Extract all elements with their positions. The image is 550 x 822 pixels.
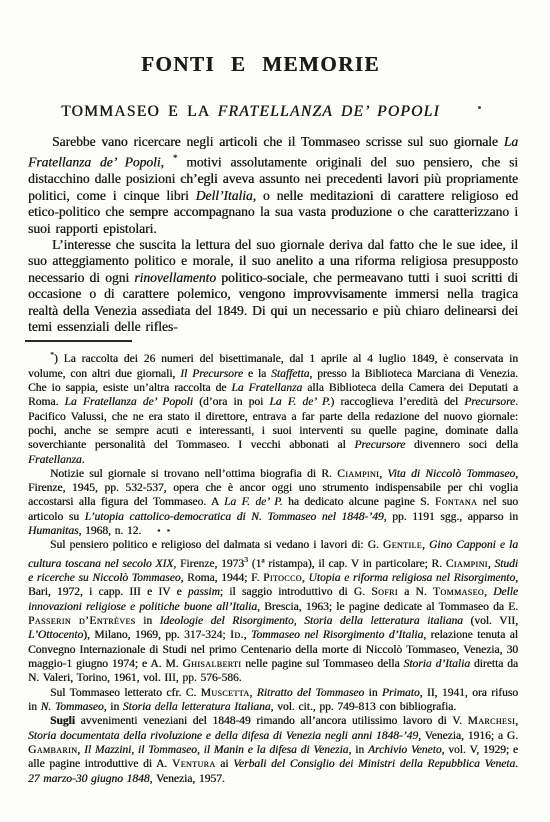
footnote-paragraph-2: Notizie sul giornale si trovano nell’ott…: [28, 467, 518, 539]
ink-speck: [478, 106, 481, 109]
footnotes-section: *) La raccolta dei 26 numeri del bisetti…: [28, 348, 518, 786]
body-paragraph-1: Sarebbe vano ricercare negli articoli ch…: [28, 134, 518, 237]
footnote-separator-rule: [25, 340, 132, 342]
body-paragraph-2: L’interesse che suscita la lettura del s…: [28, 237, 518, 335]
scanned-article-page: FONTI E MEMORIE TOMMASEO E LA FRATELLANZ…: [0, 0, 550, 822]
section-title: FONTI E MEMORIE: [28, 52, 493, 76]
article-body: Sarebbe vano ricercare negli articoli ch…: [28, 134, 518, 335]
footnote-paragraph-3: Sul pensiero politico e religioso del da…: [28, 538, 518, 685]
footnote-paragraph-1: *) La raccolta dei 26 numeri del bisetti…: [28, 348, 518, 466]
footnote-paragraph-5: Sugli avvenimenti veneziani del 1848-49 …: [28, 714, 518, 786]
page-header: FONTI E MEMORIE TOMMASEO E LA FRATELLANZ…: [28, 52, 518, 121]
article-title: TOMMASEO E LA FRATELLANZA DE’ POPOLI: [28, 103, 473, 121]
footnote-paragraph-4: Sul Tommaseo letterato cfr. C. Muscetta,…: [28, 686, 518, 715]
